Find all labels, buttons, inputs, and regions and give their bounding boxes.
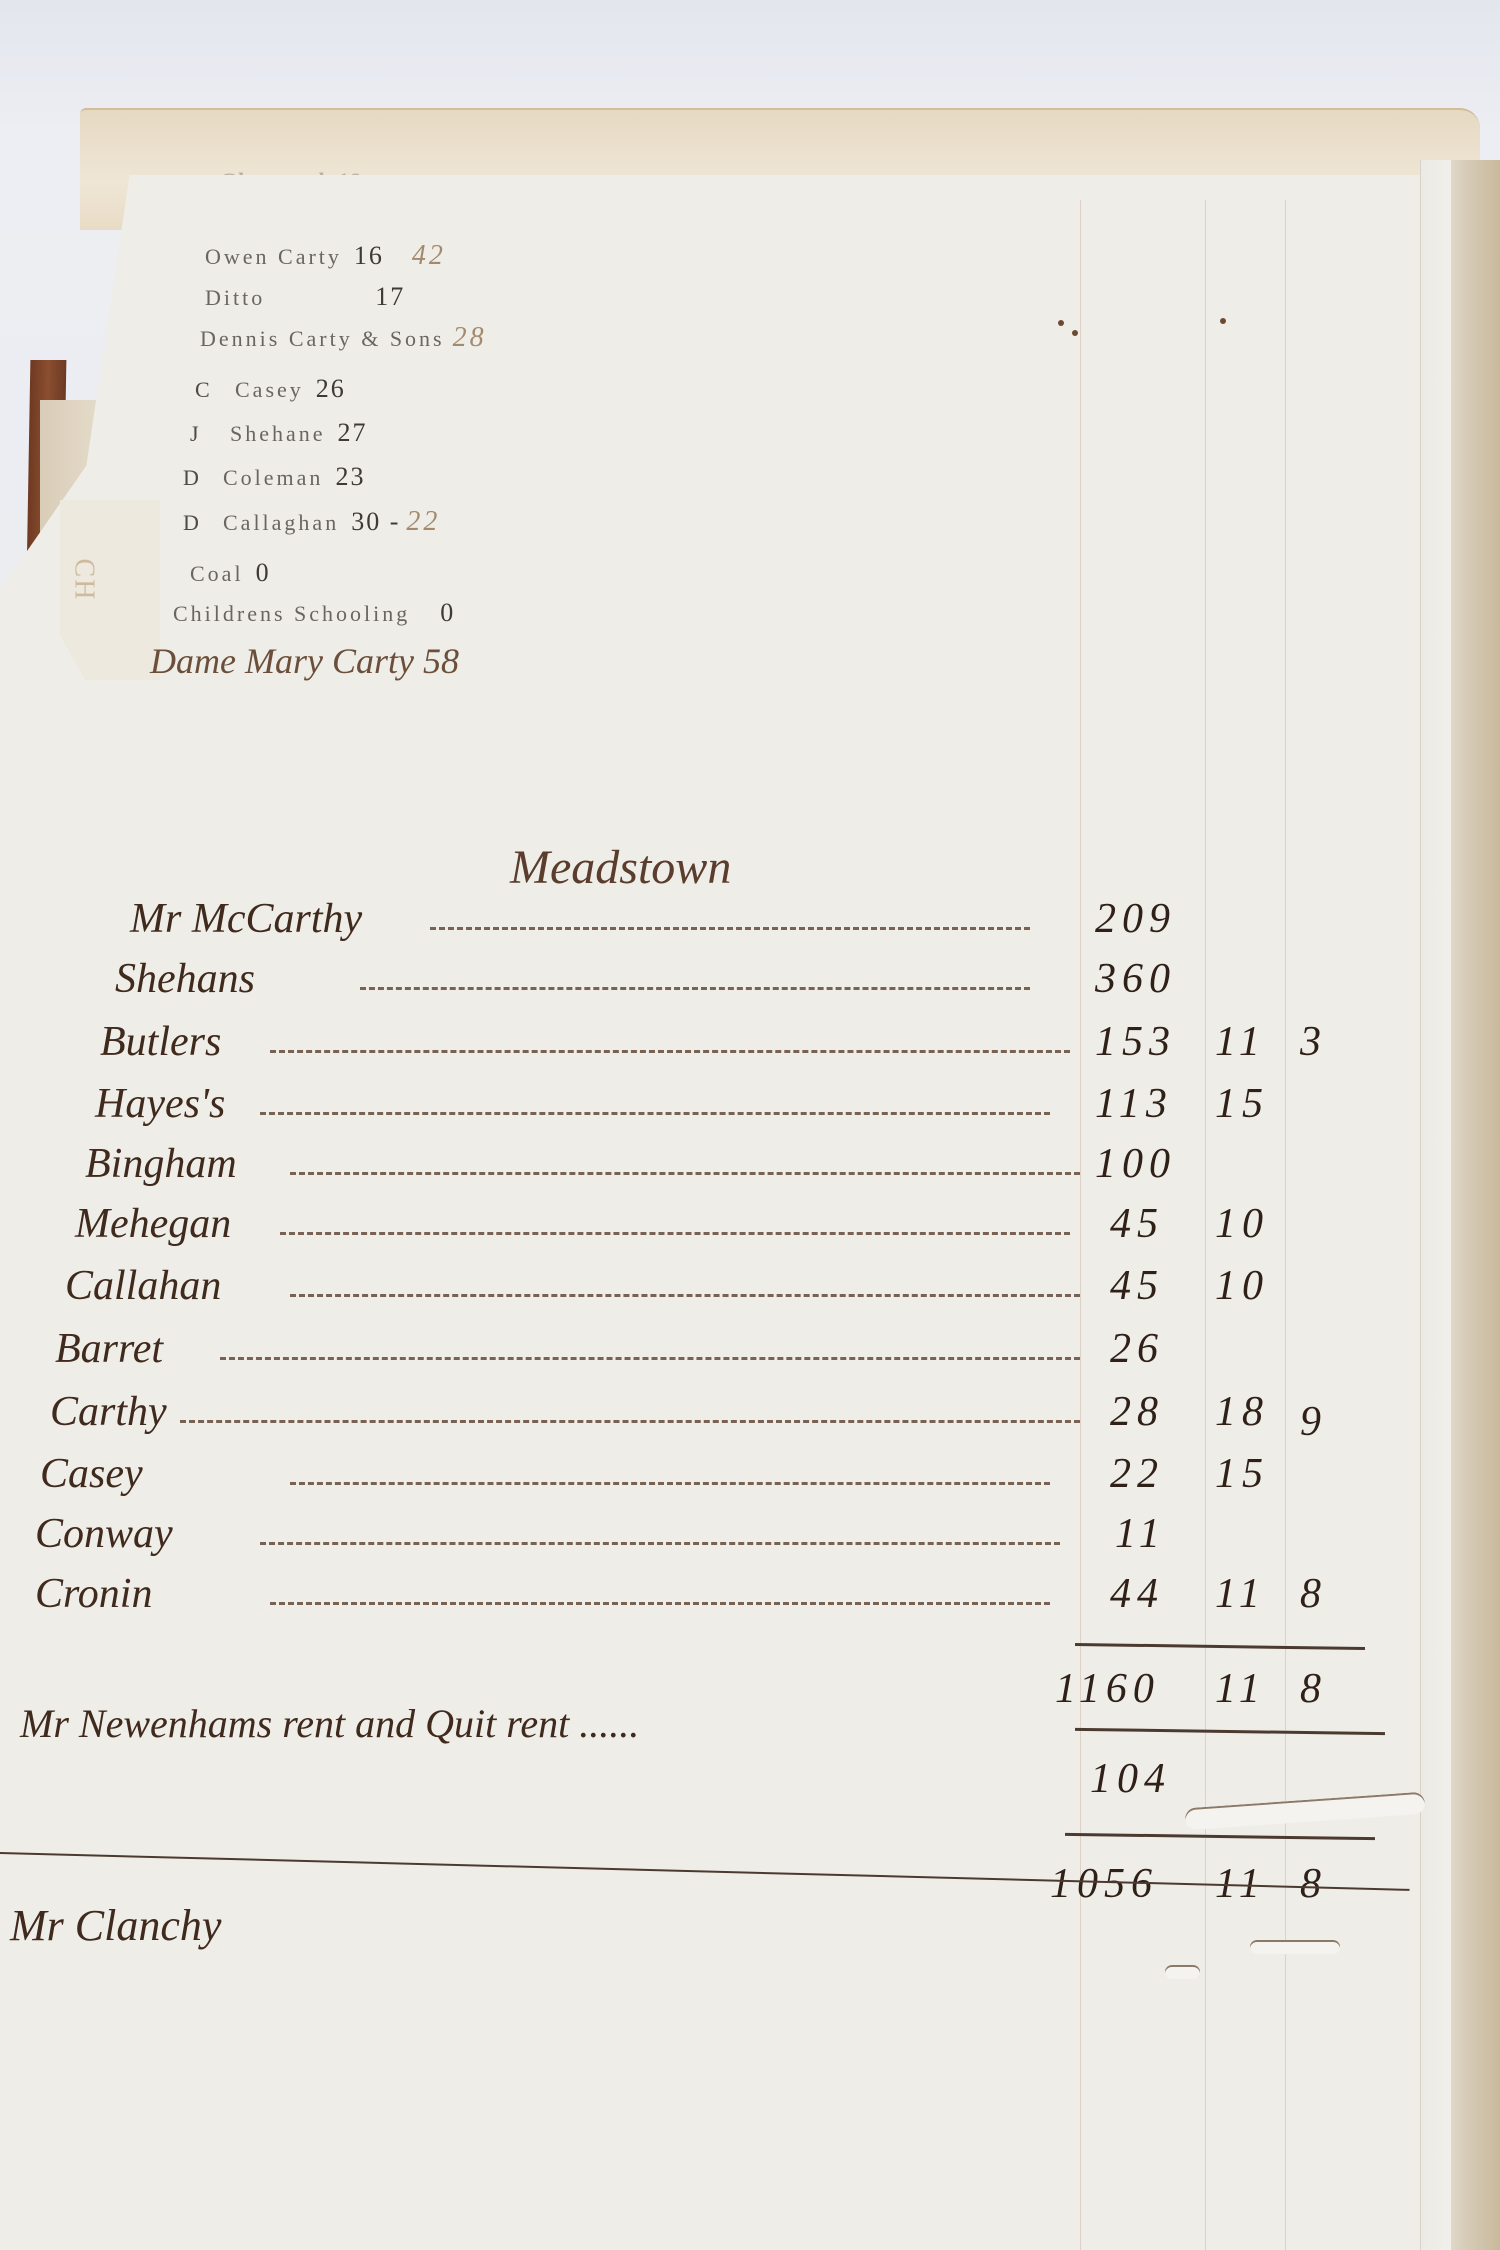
dotted-leader	[220, 1357, 1080, 1360]
table-row: Mehegan 45 10	[0, 1200, 1400, 1260]
table-row: Butlers 153 11 3	[0, 1018, 1400, 1078]
paper-tear	[1250, 1940, 1340, 1954]
dotted-leader	[180, 1420, 1080, 1423]
sum-rule	[1065, 1833, 1375, 1840]
dotted-leader	[360, 987, 1030, 990]
dotted-leader	[280, 1232, 1070, 1235]
table-row: Mr McCarthy 209	[0, 895, 1400, 955]
sum-rule	[1075, 1728, 1385, 1735]
dotted-leader	[260, 1112, 1050, 1115]
next-section-heading: Mr Clanchy	[10, 1900, 221, 1951]
table-row: Barret 26	[0, 1325, 1400, 1385]
table-row: Shehans 360	[0, 955, 1400, 1015]
dotted-leader	[270, 1602, 1050, 1605]
dotted-leader	[290, 1294, 1080, 1297]
table-row: Hayes's 113 15	[0, 1080, 1400, 1140]
table-row: Casey 22 15	[0, 1450, 1400, 1510]
ledger-table: Mr McCarthy 209 Shehans 360 Butlers 153 …	[0, 0, 1500, 2250]
table-row: Bingham 100	[0, 1140, 1400, 1200]
dotted-leader	[260, 1542, 1060, 1545]
dotted-leader	[290, 1482, 1050, 1485]
table-row: Cronin 44 11 8	[0, 1570, 1400, 1630]
table-row: Callahan 45 10	[0, 1262, 1400, 1322]
dotted-leader	[290, 1172, 1080, 1175]
sum-rule	[1075, 1643, 1365, 1650]
paper-tear	[1165, 1965, 1200, 1979]
deduction-label: Mr Newenhams rent and Quit rent ......	[20, 1700, 639, 1747]
dotted-leader	[430, 927, 1030, 930]
deduction-row: 104	[0, 1755, 1400, 1815]
table-row: Conway 11	[0, 1510, 1400, 1570]
table-row: Carthy 28 18 9	[0, 1388, 1400, 1448]
dotted-leader	[270, 1050, 1070, 1053]
